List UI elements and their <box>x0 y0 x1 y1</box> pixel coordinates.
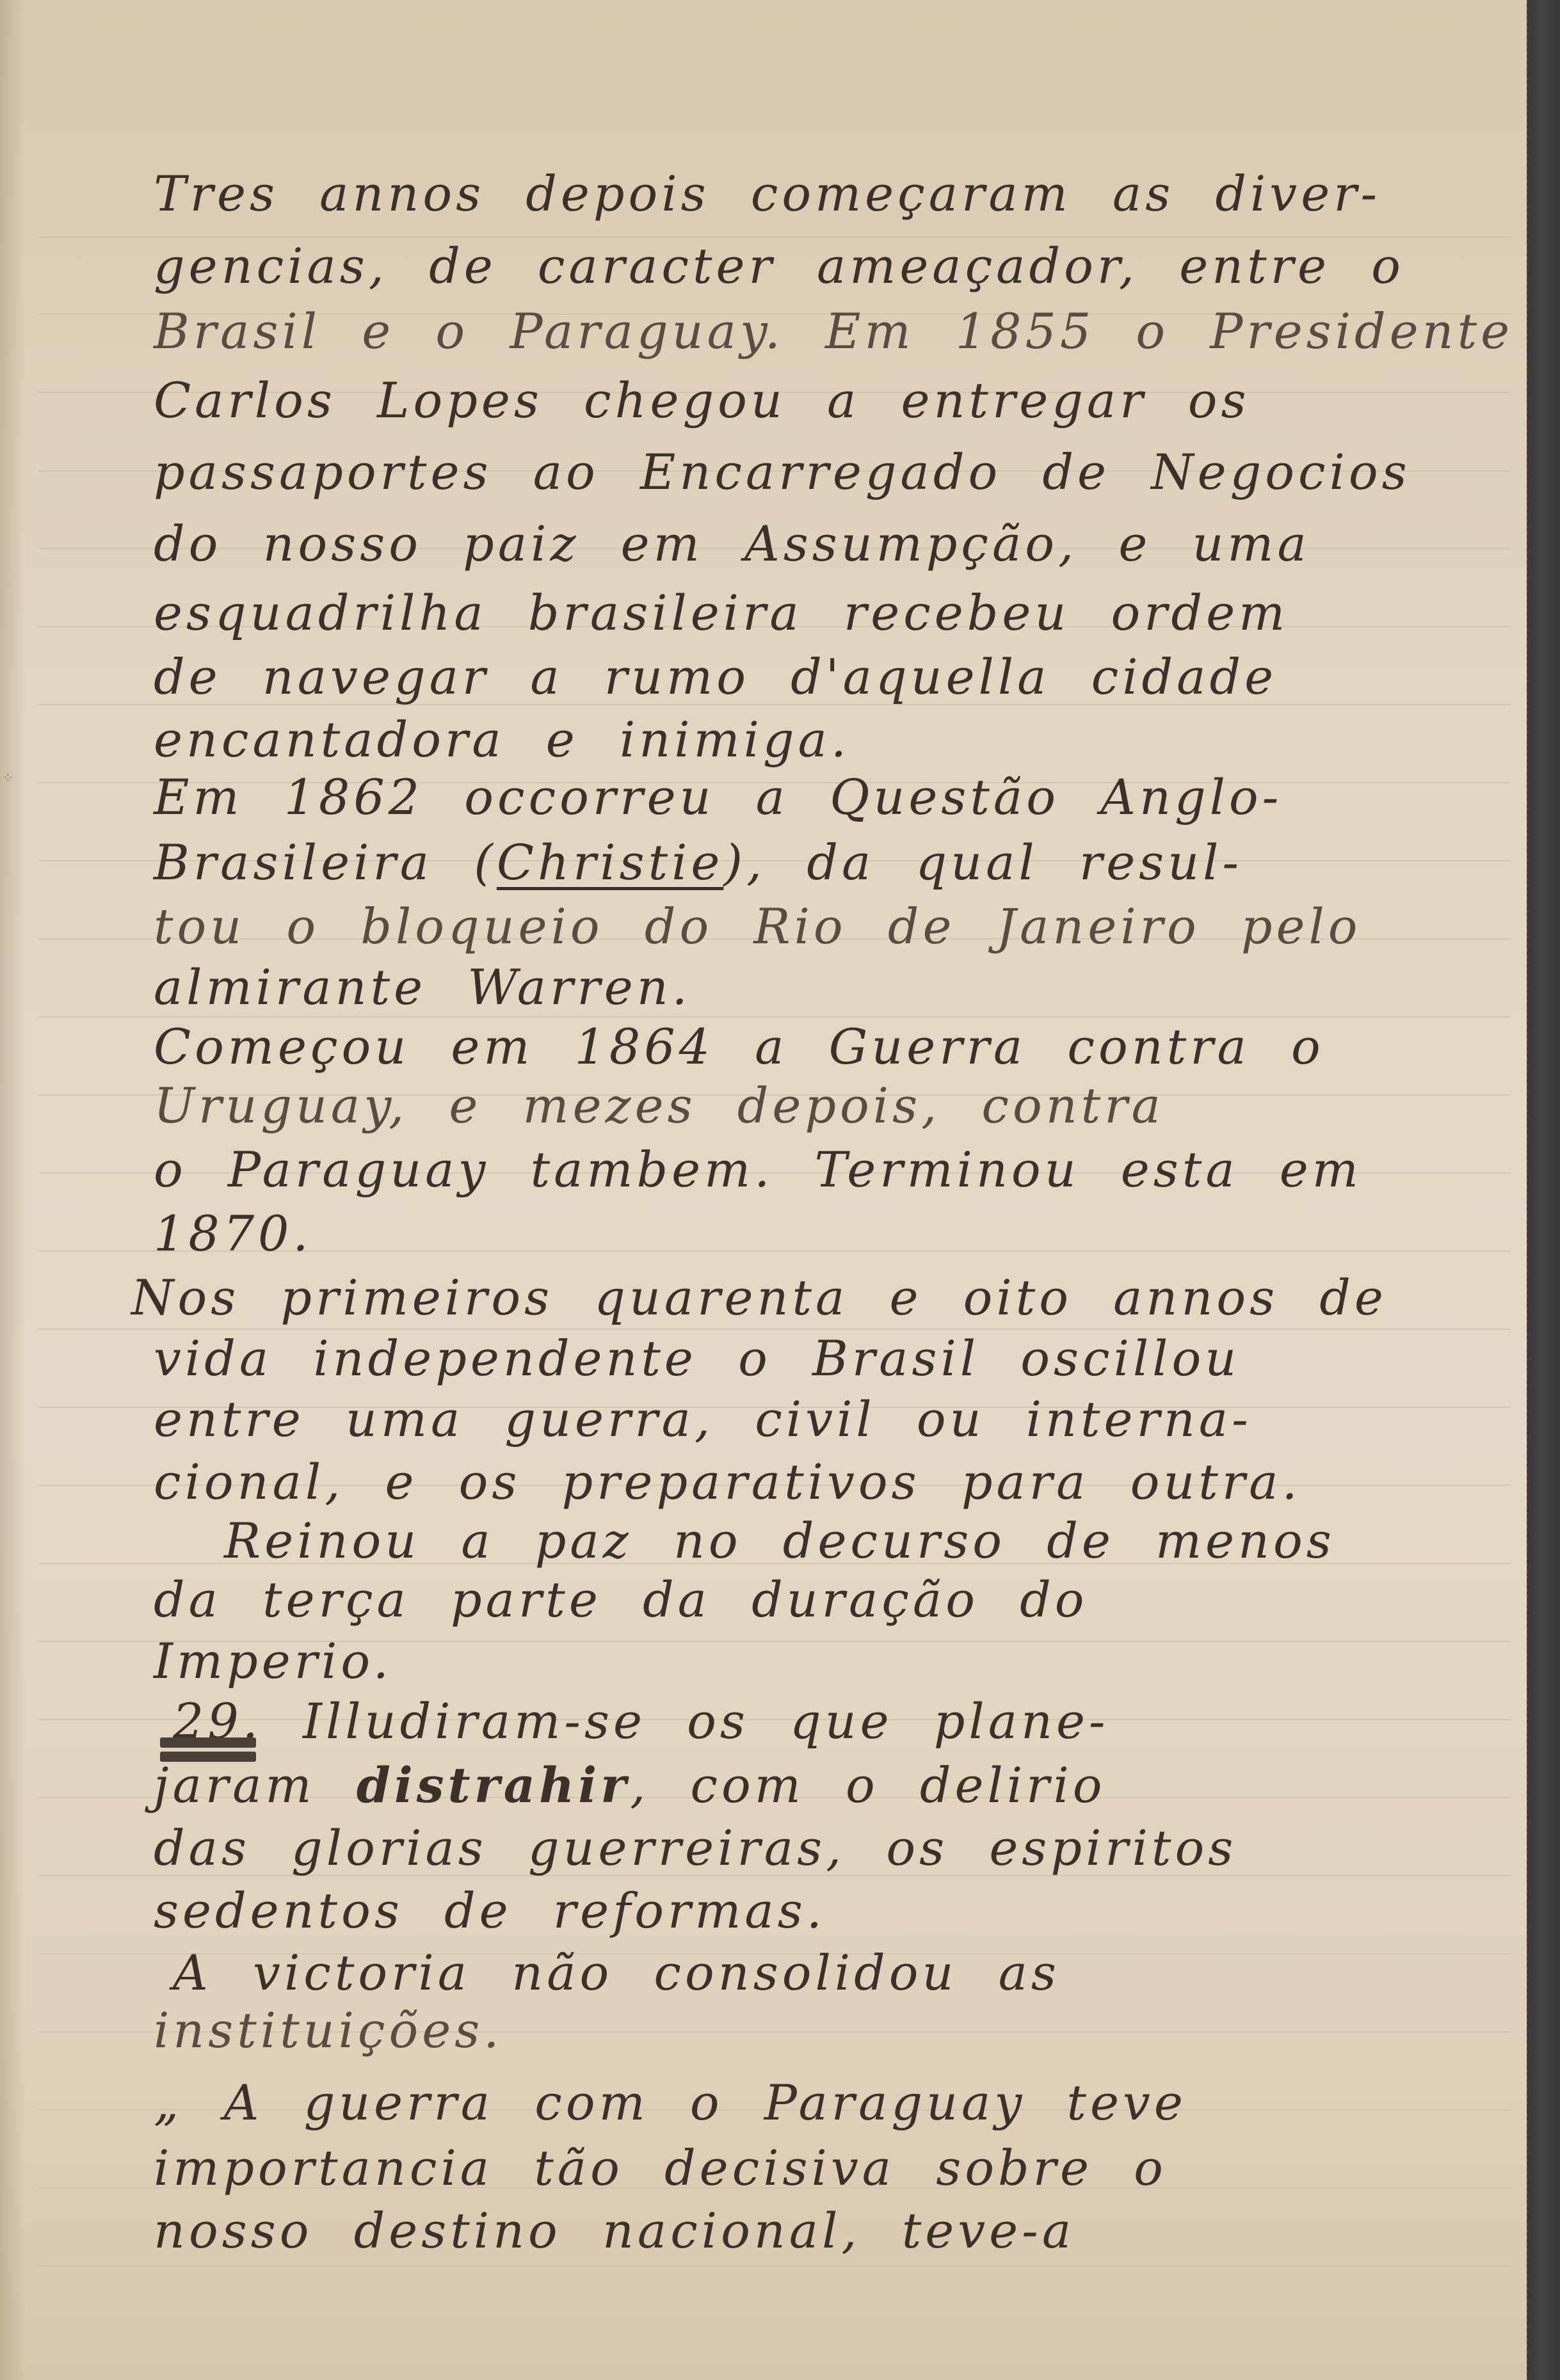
text-line: Brasil e o Paraguay. Em 1855 o President… <box>154 307 1513 356</box>
book-binding-edge <box>1527 0 1560 2380</box>
text-line: instituições. <box>154 2006 503 2055</box>
ruled-line <box>38 2265 1511 2267</box>
text-line: Reinou a paz no decurso de menos <box>224 1517 1335 1565</box>
text-fragment: , com o delirio <box>630 1757 1106 1814</box>
quote-line: importancia tão decisiva sobre o <box>154 2144 1167 2192</box>
text-line: entre uma guerra, civil ou interna- <box>154 1395 1252 1444</box>
quote-line: „ A guerra com o Paraguay teve <box>154 2079 1187 2127</box>
ruled-line <box>38 1016 1511 1018</box>
text-line: Uruguay, e mezes depois, contra <box>154 1082 1164 1130</box>
text-line-with-underlined-name: Brasileira (Christie), da qual resul- <box>154 838 1242 887</box>
text-line: Tres annos depois começaram as diver- <box>154 170 1381 218</box>
text-line: vida independente o Brasil oscillou <box>154 1334 1240 1383</box>
section-29-heading-line: 29. Illudiram-se os que plane- <box>173 1697 1109 1746</box>
text-line: do nosso paiz em Assumpção, e uma <box>154 520 1310 568</box>
text-line: almirante Warren. <box>154 963 691 1012</box>
text-fragment: jaram <box>154 1757 357 1814</box>
text-fragment: ), da qual resul- <box>723 834 1242 891</box>
text-line: Começou em 1864 a Guerra contra o <box>154 1023 1324 1071</box>
quote-line: nosso destino nacional, teve-a <box>154 2207 1075 2255</box>
margin-ink-mark: ⁘ <box>3 770 20 784</box>
manuscript-page: ⁘ Tres annos depois começaram as diver- … <box>0 0 1527 2380</box>
bold-word: distrahir <box>357 1757 630 1814</box>
text-line: Carlos Lopes chegou a entregar os <box>154 376 1250 425</box>
text-line: Nos primeiros quarenta e oito annos de <box>131 1274 1387 1322</box>
text-line: das glorias guerreiras, os espiritos <box>154 1824 1237 1873</box>
text-line: tou o bloqueio do Rio de Janeiro pelo <box>154 902 1362 951</box>
text-line: da terça parte da duração do <box>154 1576 1088 1624</box>
text-line: de navegar a rumo d'aquella cidade <box>154 653 1277 701</box>
text-line: esquadrilha brasileira recebeu ordem <box>154 589 1289 637</box>
text-line: passaportes ao Encarregado de Negocios <box>154 448 1411 497</box>
text-line-with-bold-word: jaram distrahir, com o delirio <box>154 1761 1106 1810</box>
text-line: o Paraguay tambem. Terminou esta em <box>154 1146 1362 1194</box>
text-line: Em 1862 occorreu a Questão Anglo- <box>154 773 1282 822</box>
text-line: A victoria não consolidou as <box>173 1949 1060 1997</box>
text-line: gencias, de caracter ameaçador, entre o <box>154 242 1404 291</box>
text-line: cional, e os preparativos para outra. <box>154 1458 1301 1506</box>
text-fragment: Brasileira ( <box>154 834 497 891</box>
text-line: Imperio. <box>154 1637 392 1686</box>
text-line: encantadora e inimiga. <box>154 715 850 764</box>
text-line: sedentos de reformas. <box>154 1887 826 1935</box>
underlined-name: Christie <box>497 834 724 891</box>
text-line: 1870. <box>154 1210 312 1258</box>
